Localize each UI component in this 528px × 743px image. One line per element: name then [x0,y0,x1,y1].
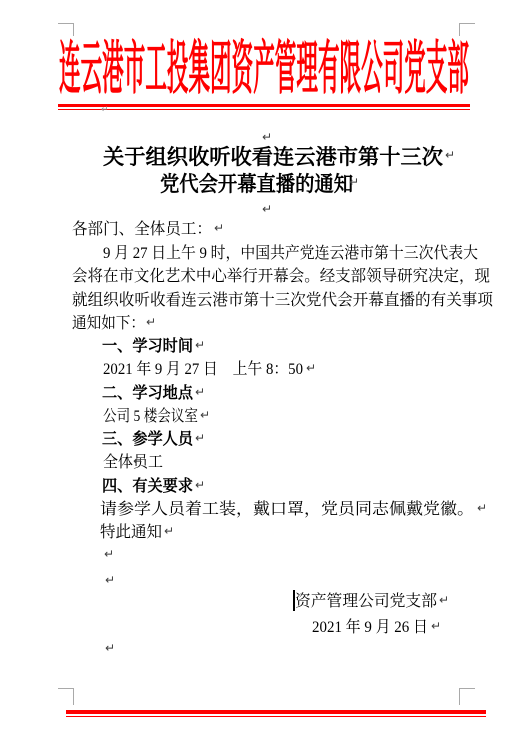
svg-text:资产管理公司党支部: 资产管理公司党支部 [295,592,437,610]
svg-text:党代会开幕直播的通知: 党代会开幕直播的通知 [160,172,353,196]
section-content-2: 公司 5 楼会议室 [103,405,204,427]
section-heading-1: 一、学习时间 [102,335,199,357]
paragraph-mark: ↵ [445,149,455,161]
paragraph-mark: ↵ [200,409,210,421]
svg-text:9 月 27 日上午 9 时，中国共产党连云港市第十三次代表: 9 月 27 日上午 9 时，中国共产党连云港市第十三次代表大 [103,243,478,262]
letterhead-rule-thin [58,109,470,110]
section-heading-3: 三、参学人员 [102,428,199,450]
paragraph-line: 9 月 27 日上午 9 时，中国共产党连云港市第十三次代表大 [103,242,483,264]
svg-text:三、参学人员: 三、参学人员 [102,429,194,448]
paragraph-line: 就组织收听收看连云港市第十三次党代会开幕直播的有关事项 [72,289,499,311]
paragraph-mark: ↵ [105,574,115,586]
svg-text:二、学习地点: 二、学习地点 [102,383,194,402]
svg-text:2021 年 9 月 26 日: 2021 年 9 月 26 日 [312,617,428,636]
doc-title-line2: 党代会开幕直播的通知 [160,170,360,197]
section-heading-2: 二、学习地点 [102,382,199,404]
svg-text:四、有关要求: 四、有关要求 [102,476,193,495]
footer-rule-thick [66,710,486,714]
section-content-1: 2021 年 9 月 27 日 上午 8：50 [103,358,309,380]
paragraph-mark: ↵ [195,479,205,491]
paragraph-mark: ↵ [105,642,115,654]
paragraph-mark: ↵ [164,525,174,537]
greeting-line: 各部门、全体员工： [72,218,218,240]
letterhead-rule-thick [58,104,470,107]
section-heading-4: 四、有关要求 [102,475,199,497]
svg-text:请参学人员着工装，戴口罩，党员同志佩戴党徽。: 请参学人员着工装，戴口罩，党员同志佩戴党徽。 [100,500,474,518]
paragraph-mark: ↵ [262,131,272,143]
paragraph-line: 会将在市文化艺术中心举行开幕会。经支部领导研究决定，现 [72,265,496,287]
paragraph-mark: ↵ [431,620,441,632]
paragraph-mark: ↵ [477,502,487,514]
paragraph-mark: ↵ [439,594,449,606]
paragraph-mark: ↵ [133,455,143,467]
paragraph-mark: ↵ [104,548,114,560]
margin-corner-mark-bottom-left [58,688,74,705]
doc-title-line1: 关于组织收听收看连云港市第十三次 [103,143,449,170]
svg-text:2021 年 9 月 27 日 上午 8：50: 2021 年 9 月 27 日 上午 8：50 [103,359,303,378]
footer-rule-thin [66,716,486,717]
paragraph-mark: ↵ [262,203,272,215]
closing-line: 特此通知 [100,521,168,543]
paragraph-mark: ↵ [195,432,205,444]
svg-text:关于组织收听收看连云港市第十三次: 关于组织收听收看连云港市第十三次 [103,145,443,169]
svg-text:就组织收听收看连云港市第十三次党代会开幕直播的有关事项: 就组织收听收看连云港市第十三次党代会开幕直播的有关事项 [72,291,494,309]
svg-text:一、学习时间: 一、学习时间 [102,336,193,355]
paragraph-mark: ↵ [349,176,359,188]
svg-text:公司 5 楼会议室: 公司 5 楼会议室 [103,407,198,425]
svg-text:特此通知: 特此通知 [100,523,162,541]
letterhead-title: 连云港市工投集团资产管理有限公司党支部 [56,34,472,102]
paragraph-line: 通知如下： [72,312,152,334]
paragraph-mark: ↵ [214,222,224,234]
svg-text:通知如下：: 通知如下： [72,314,145,332]
signature-date-line: 2021 年 9 月 26 日 [312,616,435,638]
paragraph-mark: ↵ [195,386,205,398]
paragraph-mark: ↵ [146,316,156,328]
margin-corner-mark-bottom-right [459,688,475,705]
signature-org-line: 资产管理公司党支部 [295,590,443,612]
svg-text:各部门、全体员工：: 各部门、全体员工： [72,220,212,238]
word-document-page[interactable]: 连云港市工投集团资产管理有限公司党支部 ↵ ↵ 关于组织收听收看连云港市第十三次… [0,0,528,743]
paragraph-mark: ↵ [195,339,205,351]
section-content-4: 请参学人员着工装，戴口罩，党员同志佩戴党徽。 [100,498,480,520]
svg-text:会将在市文化艺术中心举行开幕会。经支部领导研究决定，现: 会将在市文化艺术中心举行开幕会。经支部领导研究决定，现 [72,267,490,285]
letterhead-title-text: 连云港市工投集团资产管理有限公司党支部 [59,36,469,101]
paragraph-mark: ↵ [101,106,109,115]
paragraph-mark: ↵ [306,362,316,374]
